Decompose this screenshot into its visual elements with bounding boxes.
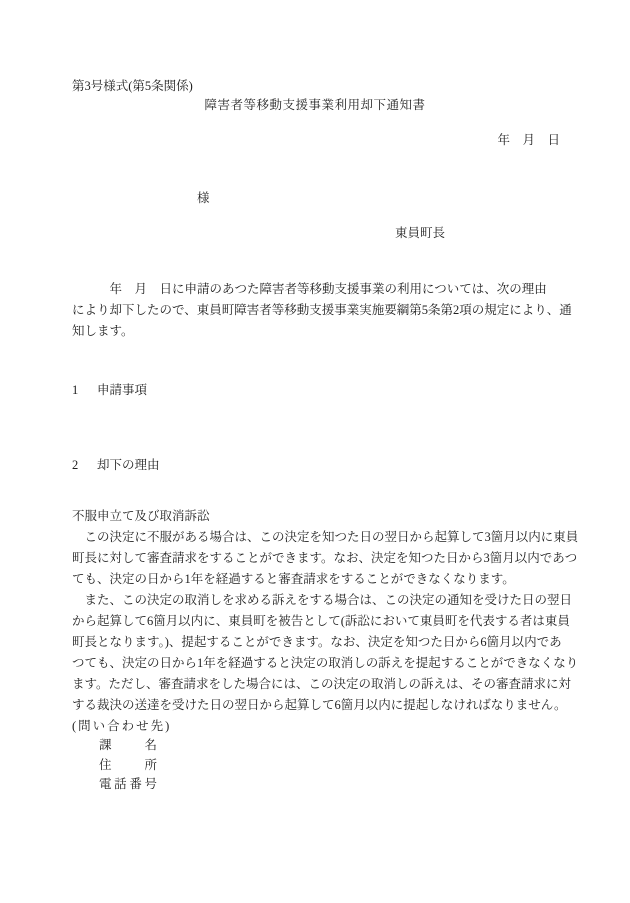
contact-info: (問い合わせ先) 課名 住所 電話番号 (72, 717, 171, 794)
section-item-rejection-reason: 2却下の理由 (72, 455, 160, 476)
item-label: 却下の理由 (97, 458, 160, 472)
document-page: 第3号様式(第5条関係) 障害者等移動支援事業利用却下通知書 年 月 日 様 東… (0, 0, 630, 903)
appeal-notice: 不服申立て及び取消訴訟 この決定に不服がある場合は、この決定を知つた日の翌日から… (72, 506, 564, 716)
section-item-application: 1申請事項 (72, 380, 147, 401)
body-line: 年 月 日に申請のあつた障害者等移動支援事業の利用については、次の理由 (72, 279, 564, 300)
contact-row-address: 住所 (72, 756, 171, 775)
body-line: により却下したので、東員町障害者等移動支援事業実施要綱第5条第2項の規定により、… (72, 300, 564, 321)
contact-row-phone: 電話番号 (72, 775, 171, 794)
appeal-line: ます。ただし、審査請求をした場合には、この決定の取消しの訴えは、その審査請求に対 (72, 674, 564, 695)
appeal-line: から起算して6箇月以内に、東員町を被告として(訴訟において東員町を代表する者は東… (72, 611, 564, 632)
appeal-line: この決定に不服がある場合は、この決定を知つた日の翌日から起算して3箇月以内に東員 (72, 527, 564, 548)
body-paragraph: 年 月 日に申請のあつた障害者等移動支援事業の利用については、次の理由 により却… (72, 279, 564, 342)
appeal-line: また、この決定の取消しを求める訴えをする場合は、この決定の通知を受けた日の翌日 (72, 590, 564, 611)
item-number: 2 (72, 455, 97, 476)
contact-row-department: 課名 (72, 736, 171, 755)
issuer-name: 東員町長 (395, 223, 445, 244)
appeal-line: つても、決定の日から1年を経過すると決定の取消しの訴えを提起することができなくな… (72, 653, 564, 674)
contact-label: 電話番号 (99, 775, 157, 794)
appeal-line: 町長となります。)、提起することができます。なお、決定を知つた日から6箇月以内で… (72, 632, 564, 653)
appeal-line: ても、決定の日から1年を経過すると審査請求をすることができなくなります。 (72, 569, 564, 590)
item-label: 申請事項 (97, 383, 147, 397)
contact-label: 住所 (99, 756, 157, 775)
form-number: 第3号様式(第5条関係) (72, 76, 193, 97)
appeal-line: 町長に対して審査請求をすることができます。なお、決定を知つた日から3箇月以内であ… (72, 548, 564, 569)
contact-heading: (問い合わせ先) (72, 717, 171, 736)
body-line: 知します。 (72, 321, 564, 342)
contact-label: 課名 (99, 736, 157, 755)
item-number: 1 (72, 380, 97, 401)
date-line: 年 月 日 (497, 130, 560, 151)
appeal-line: する裁決の送達を受けた日の翌日から起算して6箇月以内に提起しなければなりません。 (72, 695, 564, 716)
appeal-heading: 不服申立て及び取消訴訟 (72, 506, 564, 527)
addressee-honorific: 様 (197, 188, 210, 209)
document-title: 障害者等移動支援事業利用却下通知書 (0, 95, 630, 116)
